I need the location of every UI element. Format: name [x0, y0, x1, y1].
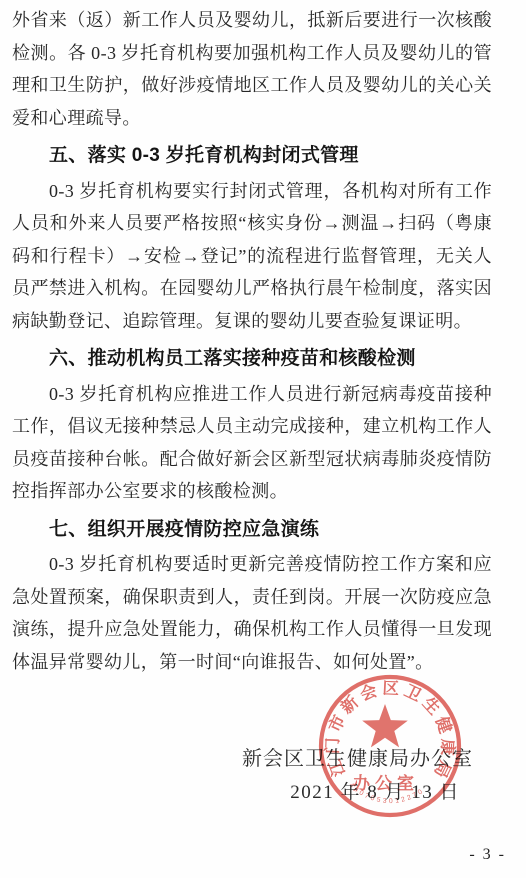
body-line: 急处置预案，确保职责到人，责任到岗。开展一次防疫应急 [12, 581, 492, 614]
body-line: 员疫苗接种台帐。配合做好新会区新型冠状病毒肺炎疫情防 [12, 443, 492, 476]
body-line: 人员和外来人员要严格按照“核实身份→测温→扫码（粤康 [12, 207, 492, 240]
issuing-office-signature: 新会区卫生健康局办公室 [242, 742, 473, 771]
section-heading-6: 六、推动机构员工落实接种疫苗和核酸检测 [12, 343, 492, 376]
section-heading-5: 五、落实 0-3 岁托育机构封闭式管理 [12, 140, 492, 173]
body-line: 病缺勤登记、追踪管理。复课的婴幼儿要查验复课证明。 [12, 305, 492, 338]
body-line: 0-3 岁托育机构应推进工作人员进行新冠病毒疫苗接种 [12, 378, 492, 411]
page-number: - 3 - [469, 846, 506, 864]
document-body: 外省来（返）新工作人员及婴幼儿，抵新后要进行一次核酸 检测。各 0-3 岁托育机… [12, 4, 492, 678]
body-line: 控指挥部办公室要求的核酸检测。 [12, 475, 492, 508]
body-line: 工作，倡议无接种禁忌人员主动完成接种，建立机构工作人 [12, 410, 492, 443]
section-heading-7: 七、组织开展疫情防控应急演练 [12, 514, 492, 547]
body-line: 理和卫生防护，做好涉疫情地区工作人员及婴幼儿的关心关 [12, 69, 492, 102]
body-line: 码和行程卡）→安检→登记”的流程进行监督管理，无关人 [12, 240, 492, 273]
body-line: 演练，提升应急处置能力，确保机构工作人员懂得一旦发现 [12, 613, 492, 646]
body-line: 0-3 岁托育机构要实行封闭式管理，各机构对所有工作 [12, 175, 492, 208]
body-line: 爱和心理疏导。 [12, 102, 492, 135]
document-page: 外省来（返）新工作人员及婴幼儿，抵新后要进行一次核酸 检测。各 0-3 岁托育机… [0, 0, 526, 878]
body-line: 员严禁进入机构。在园婴幼儿严格执行晨午检制度，落实因 [12, 272, 492, 305]
body-line: 0-3 岁托育机构要适时更新完善疫情防控工作方案和应 [12, 548, 492, 581]
body-line: 体温异常婴幼儿，第一时间“向谁报告、如何处置”。 [12, 646, 492, 679]
seal-star-icon [362, 704, 408, 747]
body-line: 检测。各 0-3 岁托育机构要加强机构工作人员及婴幼儿的管 [12, 37, 492, 70]
issue-date: 2021 年 8 月 13 日 [290, 777, 460, 804]
body-line: 外省来（返）新工作人员及婴幼儿，抵新后要进行一次核酸 [12, 4, 492, 37]
